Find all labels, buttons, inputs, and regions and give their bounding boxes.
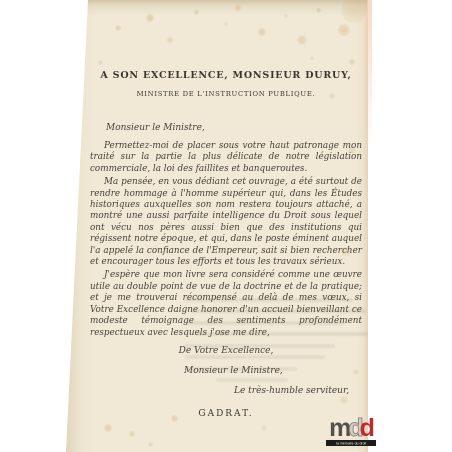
logo-tagline: la mémoire du droit: [336, 441, 366, 445]
foxing-spot: [167, 37, 173, 43]
foxing-spot: [338, 24, 350, 36]
foxing-spot: [129, 431, 135, 437]
dedication-subheader: MINISTRE DE L'INSTRUCTION PUBLIQUE.: [90, 90, 362, 98]
logo-letter-m: m: [329, 417, 349, 439]
foxing-spot: [146, 14, 154, 22]
foxing-spot: [235, 5, 241, 11]
foxing-spot: [310, 56, 314, 60]
author-signature: GADRAT.: [90, 409, 362, 419]
dedication-text: A SON EXCELLENCE, MONSIEUR DURUY, MINIST…: [90, 70, 362, 419]
adjacent-page-edge: [367, 0, 372, 150]
closing-line: De Votre Excellence,: [90, 346, 362, 356]
foxing-spot: [194, 10, 199, 15]
foxing-spot: [258, 28, 266, 36]
foxing-spot: [316, 8, 321, 13]
dedication-paragraph: J'espère que mon livre sera considéré co…: [90, 270, 362, 338]
salutation: Monsieur le Ministre,: [90, 123, 362, 133]
closing-line: Monsieur le Ministre,: [90, 366, 362, 376]
foxing-spot: [115, 25, 121, 31]
closing-line: Le très-humble serviteur,: [90, 386, 362, 396]
dedication-paragraph: Ma pensée, en vous dédiant cet ouvrage, …: [90, 177, 362, 268]
logo-letter-d-red: d: [360, 417, 373, 439]
scanned-book-page-view: A SON EXCELLENCE, MONSIEUR DURUY, MINIST…: [0, 0, 452, 452]
foxing-spot: [104, 424, 112, 432]
foxing-spot: [224, 22, 228, 26]
foxing-spot: [297, 35, 307, 45]
dedication-header: A SON EXCELLENCE, MONSIEUR DURUY,: [90, 70, 362, 81]
foxing-spot: [261, 425, 267, 431]
foxing-spot: [341, 0, 367, 23]
foxing-spot: [349, 59, 355, 65]
book-page: A SON EXCELLENCE, MONSIEUR DURUY, MINIST…: [66, 0, 368, 452]
logo-letters: m d d: [326, 417, 376, 439]
library-watermark-logo: m d d la mémoire du droit: [326, 417, 376, 446]
foxing-spot: [148, 442, 153, 447]
foxing-spot: [98, 60, 103, 65]
foxing-spot: [284, 14, 288, 18]
dedication-paragraph: Permettez-moi de placer sous votre haut …: [90, 141, 362, 175]
